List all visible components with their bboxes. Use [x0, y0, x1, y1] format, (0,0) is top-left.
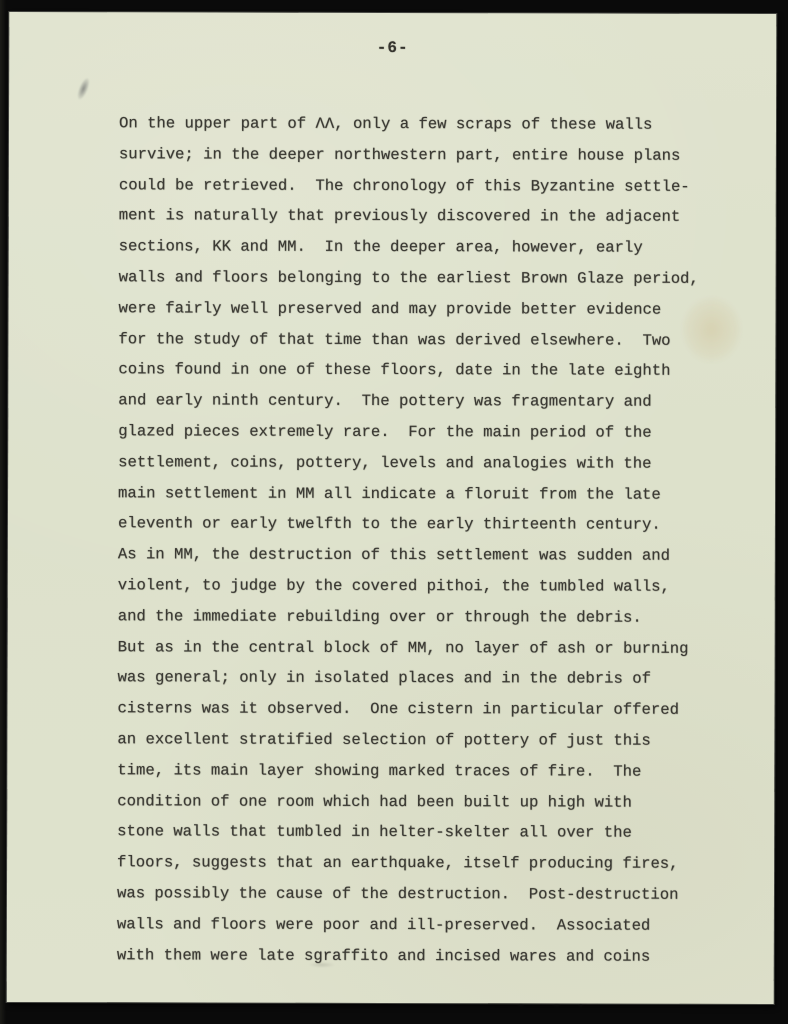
text-line: But as in the central block of MM, no la…	[118, 632, 718, 664]
text-line: an excellent stratified selection of pot…	[117, 724, 717, 756]
text-line: coins found in one of these floors, date…	[118, 355, 718, 387]
text-line: and the immediate rebuilding over or thr…	[118, 601, 718, 633]
text-line: glazed pieces extremely rare. For the ma…	[118, 416, 718, 448]
text-line: could be retrieved. The chronology of th…	[119, 170, 719, 202]
scanned-page: -6- On the upper part of ΛΛ, only a few …	[7, 12, 777, 1004]
text-line: were fairly well preserved and may provi…	[118, 293, 718, 325]
text-line: eleventh or early twelfth to the early t…	[118, 509, 718, 541]
text-line: was possibly the cause of the destructio…	[117, 878, 717, 910]
text-line: On the upper part of ΛΛ, only a few scra…	[119, 108, 719, 140]
text-line: and early ninth century. The pottery was…	[118, 385, 718, 417]
text-line: time, its main layer showing marked trac…	[117, 755, 717, 787]
text-line: floors, suggests that an earthquake, its…	[117, 847, 717, 879]
text-line: ment is naturally that previously discov…	[119, 201, 719, 233]
text-line: sections, KK and MM. In the deeper area,…	[119, 231, 719, 263]
typewritten-body: On the upper part of ΛΛ, only a few scra…	[117, 108, 719, 972]
scan-edge-specks	[512, 1001, 587, 1007]
text-line: survive; in the deeper northwestern part…	[119, 139, 719, 171]
text-line: condition of one room which had been bui…	[117, 786, 717, 818]
text-line: was general; only in isolated places and…	[118, 663, 718, 695]
page-number: -6-	[9, 38, 776, 58]
text-line: stone walls that tumbled in helter-skelt…	[117, 817, 717, 849]
text-line: cisterns was it observed. One cistern in…	[117, 693, 717, 725]
scan-background: -6- On the upper part of ΛΛ, only a few …	[0, 0, 788, 1024]
text-line: main settlement in MM all indicate a flo…	[118, 478, 718, 510]
text-line: walls and floors were poor and ill-prese…	[117, 909, 717, 941]
text-line: for the study of that time than was deri…	[118, 324, 718, 356]
text-line: violent, to judge by the covered pithoi,…	[118, 570, 718, 602]
pencil-smudge-mark	[71, 69, 97, 106]
text-line: walls and floors belonging to the earlie…	[119, 262, 719, 294]
text-line: settlement, coins, pottery, levels and a…	[118, 447, 718, 479]
text-line: with them were late sgraffito and incise…	[117, 940, 717, 972]
text-line: As in MM, the destruction of this settle…	[118, 539, 718, 571]
